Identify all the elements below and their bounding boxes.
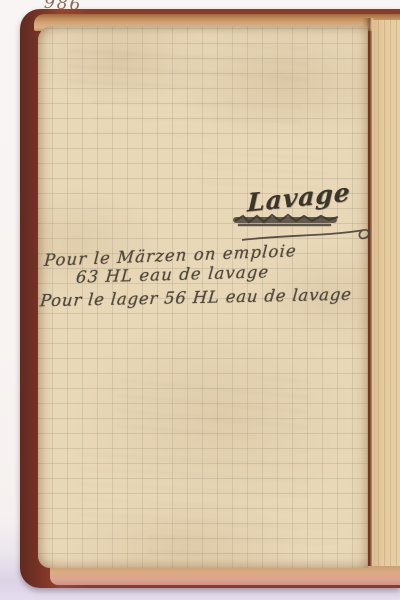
adjacent-page-edge	[372, 20, 400, 576]
ink-showthrough-smudge	[68, 42, 308, 88]
ink-showthrough-smudge	[78, 451, 308, 521]
page-stack-bottom-edge	[50, 566, 400, 585]
ink-showthrough-smudge	[117, 373, 309, 440]
page-number-partial: 986	[43, 0, 83, 15]
ink-showthrough-smudge	[148, 519, 339, 558]
ink-showthrough-smudge	[92, 92, 303, 139]
scanned-notebook-photo: 986 Lavage Pour le Märzen on emploie 63 …	[0, 0, 400, 600]
